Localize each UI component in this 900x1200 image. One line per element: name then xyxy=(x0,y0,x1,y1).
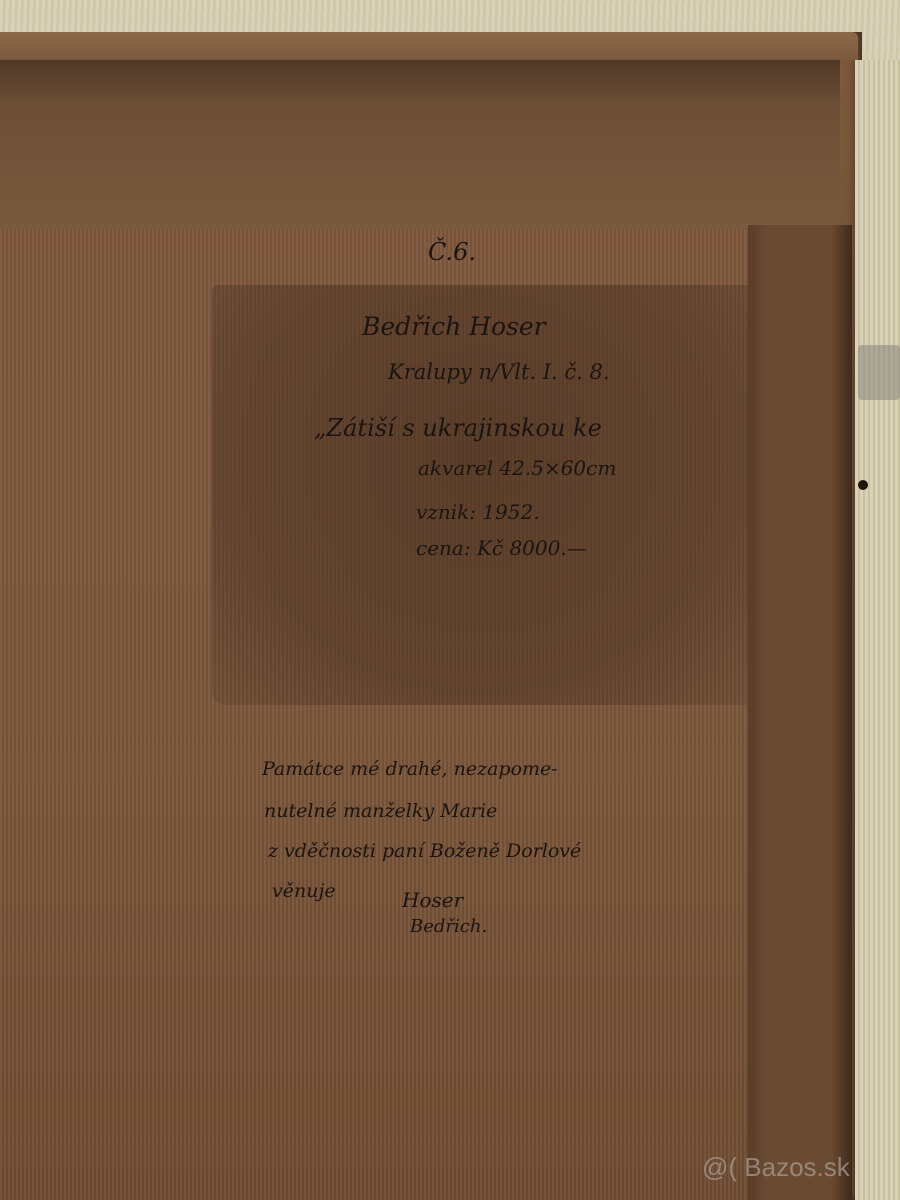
dedication-line: věnuje xyxy=(272,880,336,902)
signature-firstname: Bedřich. xyxy=(410,916,487,937)
artist-name: Bedřich Hoser xyxy=(362,312,546,341)
removed-label-stain xyxy=(212,285,748,705)
wall-edge xyxy=(855,60,900,1200)
dedication-line: nutelné manželky Marie xyxy=(264,800,497,822)
dedication-line: z vděčnosti paní Boženě Dorlové xyxy=(268,840,581,862)
signature-surname: Hoser xyxy=(402,888,463,912)
label-number: Č.6. xyxy=(428,238,476,266)
backing-paper-top xyxy=(0,60,840,231)
artwork-year: vznik: 1952. xyxy=(416,500,540,524)
artwork-price: cena: Kč 8000.— xyxy=(416,536,587,560)
dedication-line: Památce mé drahé, nezapome- xyxy=(262,758,558,780)
wall-plaster-patch xyxy=(858,345,900,400)
watermark: @( Bazos.sk xyxy=(702,1152,850,1183)
artwork-medium: akvarel 42.5×60cm xyxy=(418,456,616,480)
artwork-title: „Zátiší s ukrajinskou ke xyxy=(314,414,602,442)
nail-hole xyxy=(858,480,868,490)
frame-top-fold xyxy=(0,32,858,60)
backing-paper-right-strip xyxy=(748,225,852,1200)
artist-address: Kralupy n/Vlt. I. č. 8. xyxy=(388,360,610,384)
